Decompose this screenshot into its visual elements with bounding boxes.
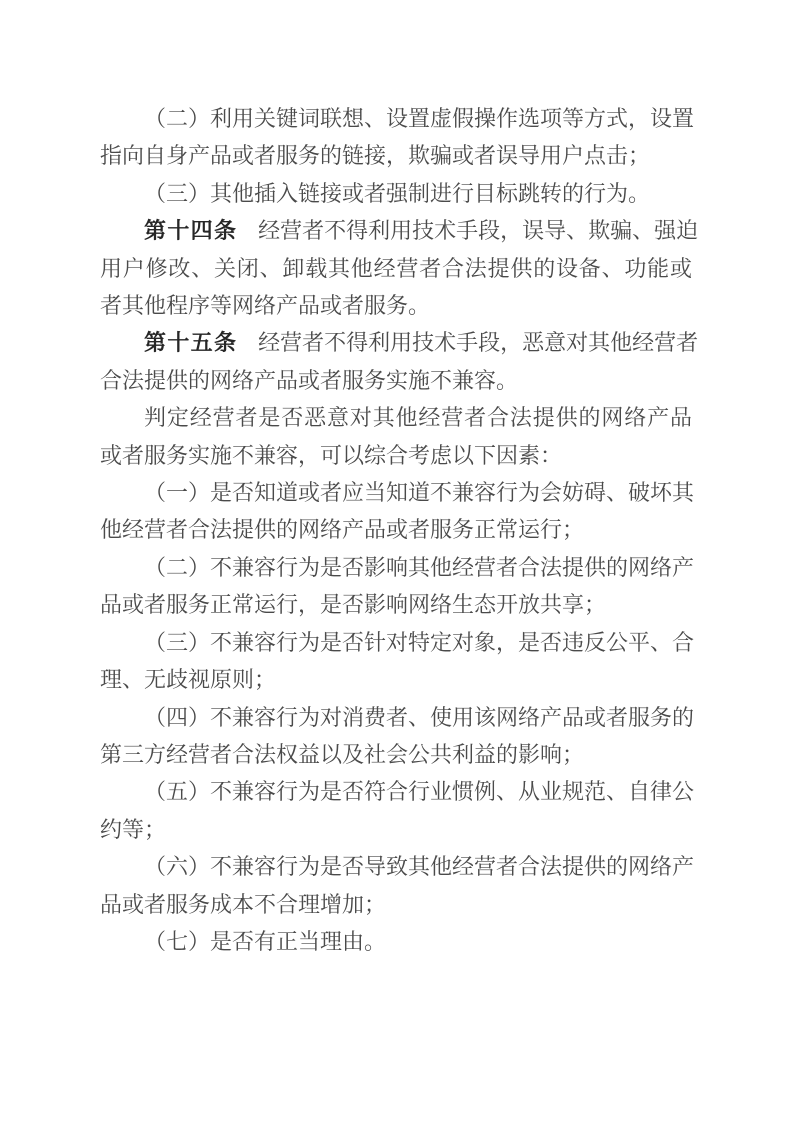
text-line: （一）是否知道或者应当知道不兼容行为会妨碍、破坏其 [100, 474, 692, 511]
text-line: 理、无歧视原则； [100, 661, 692, 698]
text-line: 或者服务实施不兼容，可以综合考虑以下因素： [100, 437, 692, 474]
text-line: （二）利用关键词联想、设置虚假操作选项等方式，设置 [100, 100, 692, 137]
text-line: （三）其他插入链接或者强制进行目标跳转的行为。 [100, 175, 692, 212]
text-line: （二）不兼容行为是否影响其他经营者合法提供的网络产 [100, 549, 692, 586]
text-line: 判定经营者是否恶意对其他经营者合法提供的网络产品 [100, 399, 692, 436]
text-line: 合法提供的网络产品或者服务实施不兼容。 [100, 362, 692, 399]
text-line: 者其他程序等网络产品或者服务。 [100, 287, 692, 324]
text-line: 第三方经营者合法权益以及社会公共利益的影响； [100, 736, 692, 773]
text-line: 用户修改、关闭、卸载其他经营者合法提供的设备、功能或 [100, 250, 692, 287]
document-body: （二）利用关键词联想、设置虚假操作选项等方式，设置指向自身产品或者服务的链接，欺… [100, 100, 692, 960]
text-line: （七）是否有正当理由。 [100, 923, 692, 960]
document-page: （二）利用关键词联想、设置虚假操作选项等方式，设置指向自身产品或者服务的链接，欺… [0, 0, 793, 1122]
article-number: 第十四条 [144, 218, 237, 243]
text-line: 指向自身产品或者服务的链接，欺骗或者误导用户点击； [100, 137, 692, 174]
text-line: （六）不兼容行为是否导致其他经营者合法提供的网络产 [100, 848, 692, 885]
text-line: 约等； [100, 811, 692, 848]
text-line: （五）不兼容行为是否符合行业惯例、从业规范、自律公 [100, 773, 692, 810]
text-line: 品或者服务成本不合理增加； [100, 886, 692, 923]
text-line: 品或者服务正常运行，是否影响网络生态开放共享； [100, 586, 692, 623]
text-line: （四）不兼容行为对消费者、使用该网络产品或者服务的 [100, 699, 692, 736]
article-number: 第十五条 [144, 330, 237, 355]
article-heading-line: 第十五条经营者不得利用技术手段，恶意对其他经营者 [100, 324, 692, 361]
text-line: 他经营者合法提供的网络产品或者服务正常运行； [100, 511, 692, 548]
text-line: （三）不兼容行为是否针对特定对象，是否违反公平、合 [100, 624, 692, 661]
article-heading-line: 第十四条经营者不得利用技术手段，误导、欺骗、强迫 [100, 212, 692, 249]
